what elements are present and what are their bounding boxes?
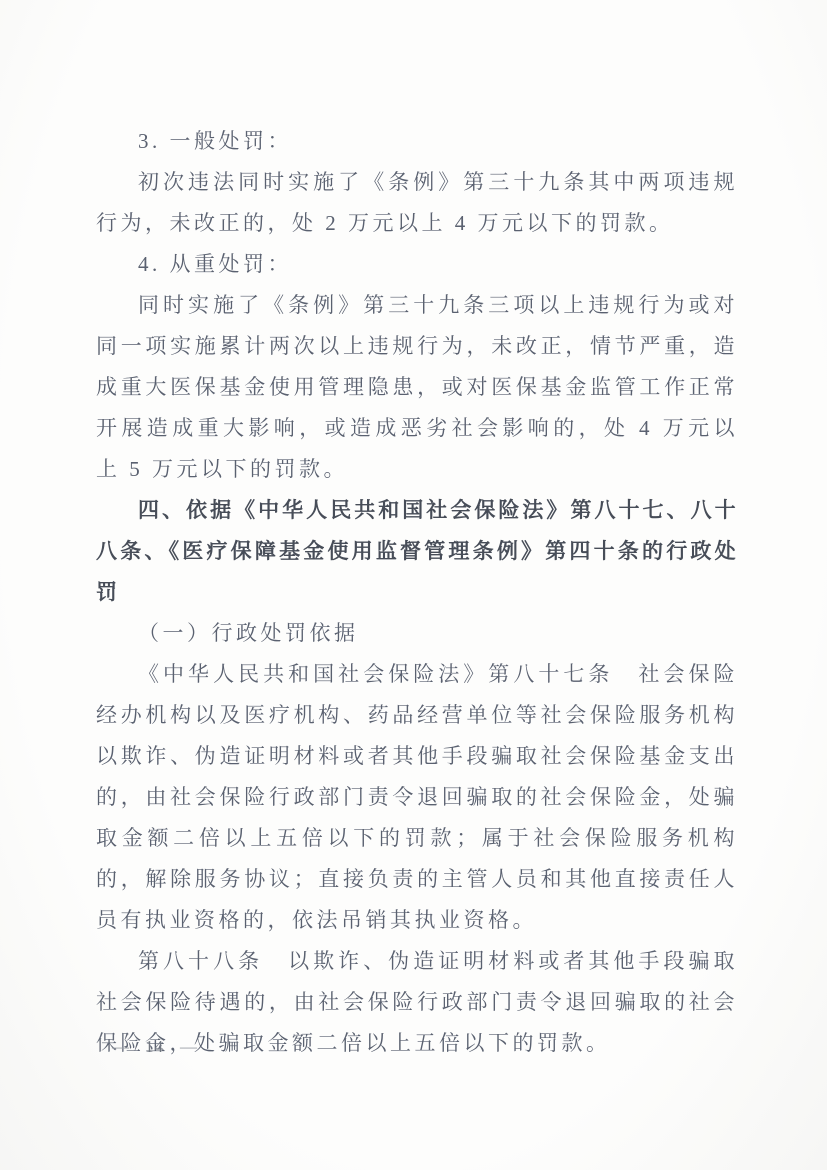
paragraph-subsection-one-penalty-basis-label: （一）行政处罚依据 — [96, 613, 738, 654]
paragraph-item-3-general-penalty-label: 3. 一般处罚： — [96, 121, 738, 162]
document-page: 3. 一般处罚： 初次违法同时实施了《条例》第三十九条其中两项违规行为，未改正的… — [0, 0, 827, 1170]
paragraph-item-4-aggravated-penalty-label: 4. 从重处罚： — [96, 244, 738, 285]
footer-page-number: 14 — [145, 1037, 164, 1056]
paragraph-article-87: 《中华人民共和国社会保险法》第八十七条 社会保险经办机构以及医疗机构、药品经营单… — [96, 654, 738, 941]
paragraph-item-3-general-penalty-detail: 初次违法同时实施了《条例》第三十九条其中两项违规行为，未改正的，处 2 万元以上… — [96, 162, 738, 244]
document-body: 3. 一般处罚： 初次违法同时实施了《条例》第三十九条其中两项违规行为，未改正的… — [96, 121, 738, 1064]
section-heading-four: 四、依据《中华人民共和国社会保险法》第八十七、八十八条、《医疗保障基金使用监督管… — [96, 490, 738, 613]
paragraph-item-4-aggravated-penalty-detail: 同时实施了《条例》第三十九条三项以上违规行为或对同一项实施累计两次以上违规行为，… — [96, 285, 738, 490]
footer-right-dash: — — [180, 1037, 197, 1056]
page-number-footer: —14— — [112, 1035, 197, 1059]
footer-left-dash: — — [112, 1037, 129, 1056]
